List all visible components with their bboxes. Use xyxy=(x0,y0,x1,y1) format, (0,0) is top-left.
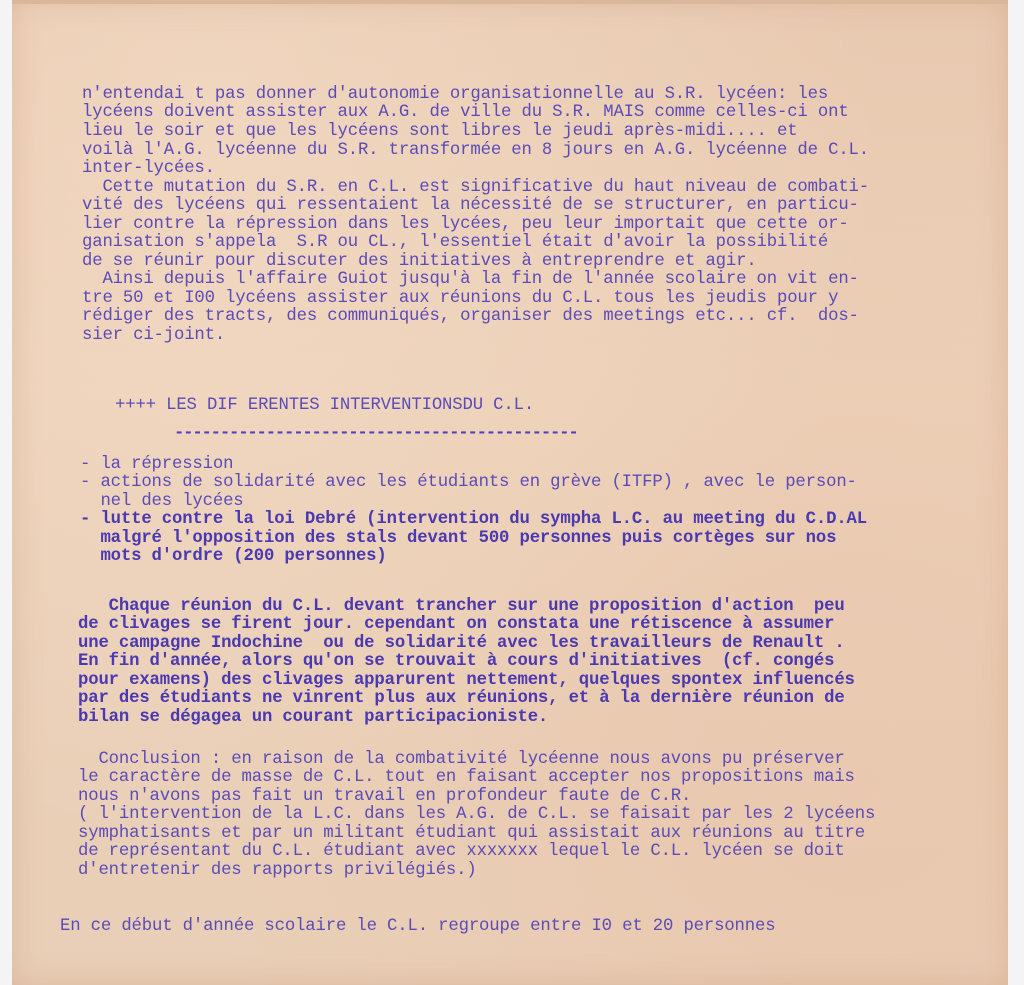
text-line: une campagne Indochine ou de solidarité … xyxy=(78,635,845,654)
text-line: n'entendai t pas donner d'autonomie orga… xyxy=(82,86,828,105)
text-line: lycéens doivent assister aux A.G. de vil… xyxy=(82,104,849,123)
list-item: - la répression xyxy=(80,456,233,475)
text-line: rédiger des tracts, des communiqués, org… xyxy=(82,308,859,327)
text-line: pour examens) des clivages apparurent ne… xyxy=(78,672,855,691)
text-line: de se réunir pour discuter des initiativ… xyxy=(82,253,757,272)
conclusion-line: de représentant du C.L. étudiant avec xx… xyxy=(78,843,845,862)
text-line: par des étudiants ne vinrent plus aux ré… xyxy=(78,690,845,709)
text-line: bilan se dégagea un courant participacio… xyxy=(78,709,548,728)
conclusion-line: le caractère de masse de C.L. tout en fa… xyxy=(78,769,855,788)
text-line: Chaque réunion du C.L. devant trancher s… xyxy=(78,598,845,617)
text-line: inter-lycées. xyxy=(82,160,215,179)
text-line: lieu le soir et que les lycéens sont lib… xyxy=(82,123,797,142)
list-item: - actions de solidarité avec les étudian… xyxy=(80,474,857,493)
document-text: n'entendai t pas donner d'autonomie orga… xyxy=(0,0,1024,985)
text-line: Ainsi depuis l'affaire Guiot jusqu'à la … xyxy=(82,271,859,290)
list-item-continuation: mots d'ordre (200 personnes) xyxy=(80,548,387,567)
text-line: sier ci-joint. xyxy=(82,327,225,346)
conclusion-line: nous n'avons pas fait un travail en prof… xyxy=(78,788,691,807)
text-line: En fin d'année, alors qu'on se trouvait … xyxy=(78,653,834,672)
text-line: vité des lycéens qui ressentaient la néc… xyxy=(82,197,859,216)
text-line: tre 50 et I00 lycéens assister aux réuni… xyxy=(82,290,838,309)
closing-line: En ce début d'année scolaire le C.L. reg… xyxy=(60,918,775,937)
conclusion-line: ( l'intervention de la L.C. dans les A.G… xyxy=(78,806,875,825)
conclusion-line: d'entretenir des rapports privilégiés.) xyxy=(78,862,477,881)
list-item-continuation: nel des lycées xyxy=(80,493,244,512)
heading-underline: ----------------------------------------… xyxy=(174,425,578,444)
text-line: de clivages se firent jour. cependant on… xyxy=(78,616,834,635)
text-line: lier contre la répression dans les lycée… xyxy=(82,216,849,235)
conclusion-line: Conclusion : en raison de la combativité… xyxy=(78,751,845,770)
section-heading: ++++ LES DIF ERENTES INTERVENTIONSDU C.L… xyxy=(115,397,534,416)
list-item-continuation: malgré l'opposition des stals devant 500… xyxy=(80,530,836,549)
text-line: ganisation s'appela S.R ou CL., l'essent… xyxy=(82,234,828,253)
conclusion-line: symphatisants et par un militant étudian… xyxy=(78,825,865,844)
text-line: voilà l'A.G. lycéenne du S.R. transformé… xyxy=(82,142,869,161)
text-line: Cette mutation du S.R. en C.L. est signi… xyxy=(82,179,869,198)
ink-bleed-through xyxy=(420,572,860,586)
list-item: - lutte contre la loi Debré (interventio… xyxy=(80,511,867,530)
